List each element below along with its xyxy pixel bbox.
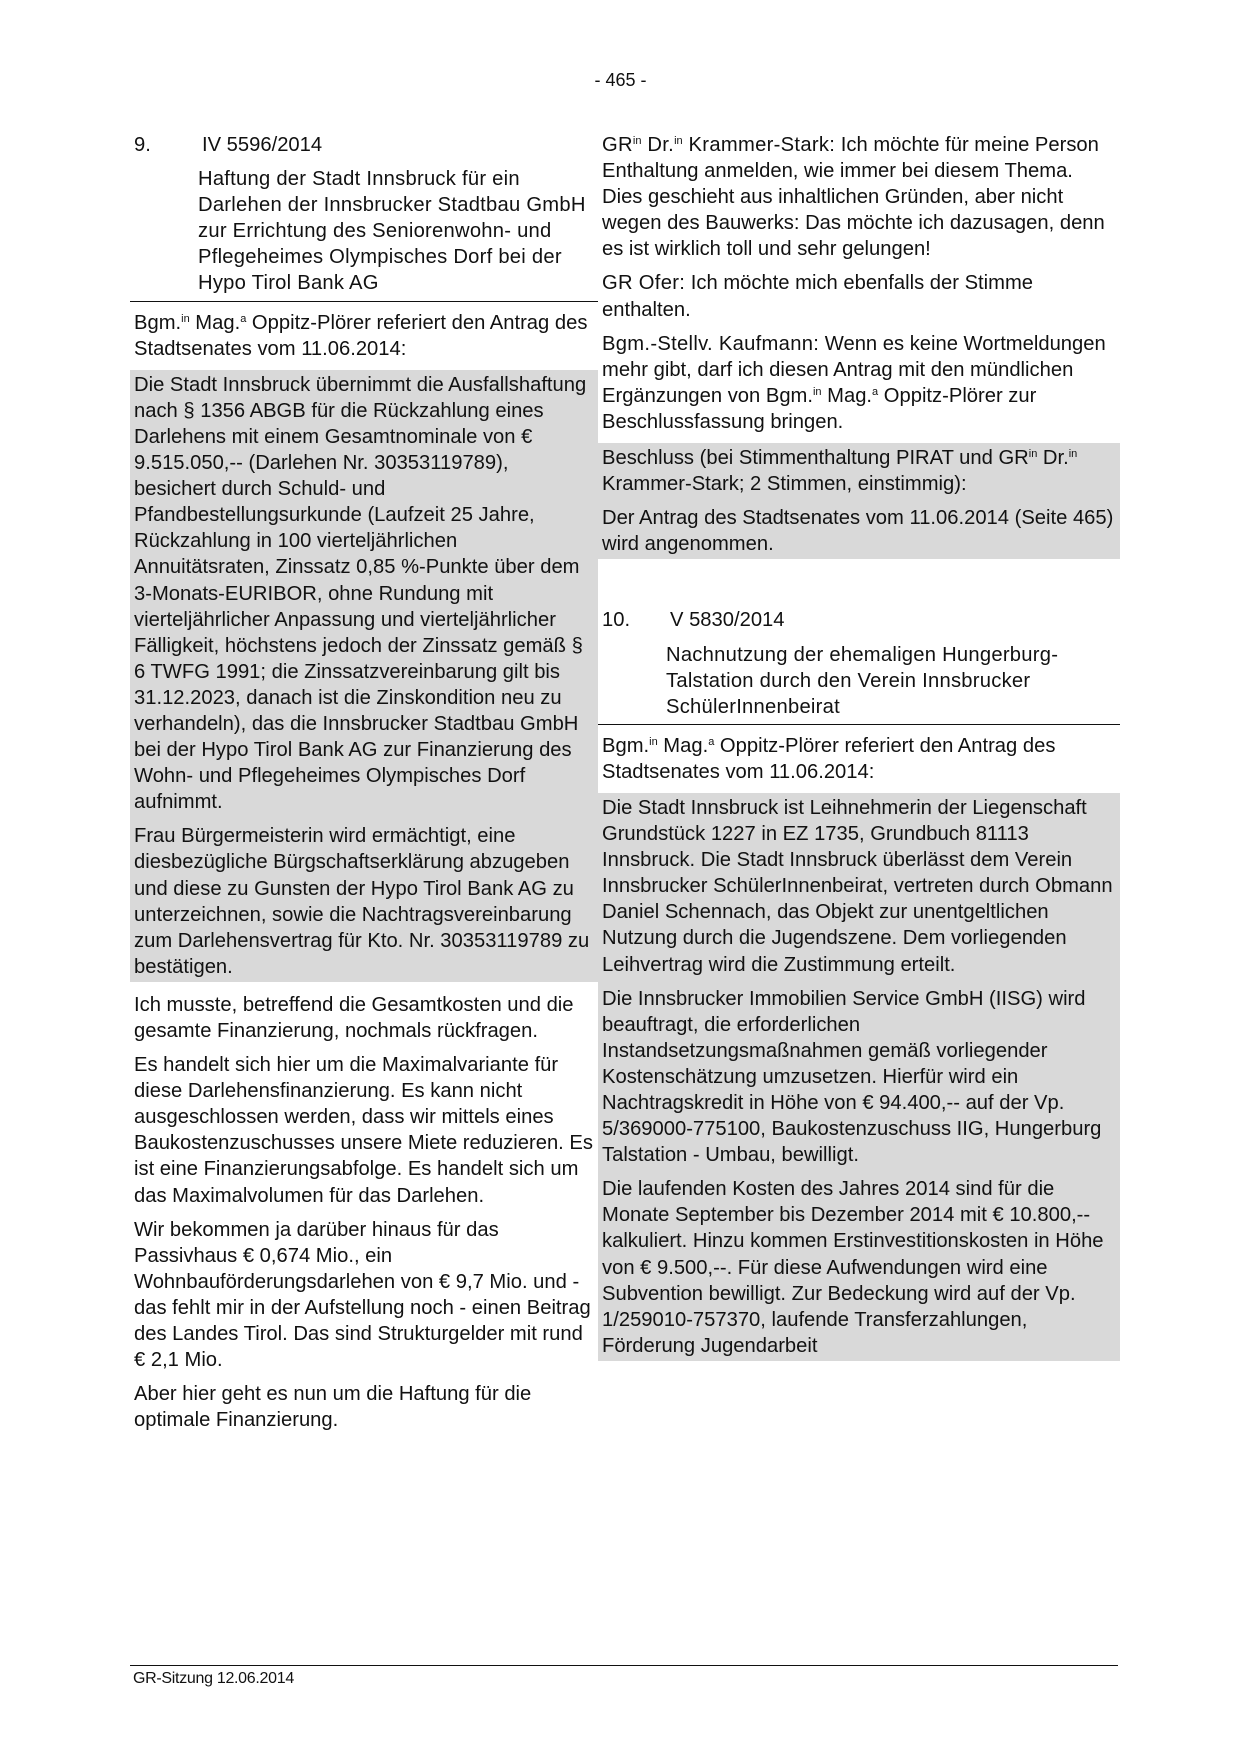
footer-divider <box>130 1665 1118 1666</box>
text: Bgm. <box>134 312 181 334</box>
footer-session-date: GR-Sitzung 12.06.2014 <box>133 1670 294 1688</box>
item-9-header: 9. IV 5596/2014 <box>130 132 598 158</box>
item-10-header: 10. V 5830/2014 <box>598 607 1120 633</box>
motion-block: Die Stadt Innsbruck übernimmt die Ausfal… <box>130 370 598 982</box>
item-title: Haftung der Stadt Innsbruck für ein Darl… <box>130 166 598 298</box>
superscript: in <box>813 386 822 398</box>
resolution-result: Der Antrag des Stadtsenates vom 11.06.20… <box>598 499 1120 559</box>
motion-paragraph: Die Stadt Innsbruck ist Leihnehmerin der… <box>598 793 1120 980</box>
text: Mag. <box>190 312 241 334</box>
speaker: Krammer-Stark: <box>683 134 836 156</box>
statement-text: Mag. <box>822 385 873 407</box>
item-code: IV 5596/2014 <box>202 132 598 158</box>
discussion-paragraph: Es handelt sich hier um die Maximalvaria… <box>130 1052 598 1209</box>
superscript: in <box>674 135 683 147</box>
page-number: - 465 - <box>0 70 1241 91</box>
divider <box>130 301 598 302</box>
text: Beschluss (bei Stimmenthaltung PIRAT und… <box>602 447 1029 469</box>
item-code: V 5830/2014 <box>670 607 1120 633</box>
superscript: in <box>1069 448 1078 460</box>
statement-ofer: GR Ofer: Ich möchte mich ebenfalls der S… <box>598 270 1120 322</box>
text: Dr. <box>1037 447 1068 469</box>
speaker: GR <box>602 134 633 156</box>
discussion-paragraph: Aber hier geht es nun um die Haftung für… <box>130 1381 598 1433</box>
statement-kaufmann: Bgm.-Stellv. Kaufmann: Wenn es keine Wor… <box>598 331 1120 435</box>
discussion-paragraph: Ich musste, betreffend die Gesamtkosten … <box>130 992 598 1044</box>
resolution-block: Beschluss (bei Stimmenthaltung PIRAT und… <box>598 443 1120 559</box>
text: Mag. <box>658 735 709 757</box>
discussion-paragraph: Wir bekommen ja darüber hinaus für das P… <box>130 1217 598 1374</box>
item-title: Nachnutzung der ehemaligen Hungerburg-Ta… <box>598 642 1120 722</box>
superscript: in <box>649 736 658 748</box>
superscript: in <box>181 313 190 325</box>
text: Krammer-Stark; 2 Stimmen, einstimmig): <box>602 473 967 495</box>
motion-block: Die Stadt Innsbruck ist Leihnehmerin der… <box>598 793 1120 1361</box>
item-number: 9. <box>130 132 202 158</box>
speaker: Bgm.-Stellv. Kaufmann: <box>602 333 819 355</box>
motion-paragraph: Die Stadt Innsbruck übernimmt die Ausfal… <box>130 370 598 818</box>
text: Bgm. <box>602 735 649 757</box>
spacer <box>598 569 1120 607</box>
intro-paragraph: Bgm.in Mag.a Oppitz-Plörer referiert den… <box>598 733 1120 785</box>
motion-paragraph: Die Innsbrucker Immobilien Service GmbH … <box>598 980 1120 1171</box>
item-number: 10. <box>598 607 670 633</box>
speaker: Dr. <box>641 134 674 156</box>
speaker: GR Ofer: <box>602 272 685 294</box>
right-column: GRin Dr.in Krammer-Stark: Ich möchte für… <box>598 132 1120 1371</box>
resolution-paragraph: Beschluss (bei Stimmenthaltung PIRAT und… <box>598 443 1120 499</box>
statement-text: Ich möchte für meine Person Enthaltung a… <box>602 134 1105 260</box>
intro-paragraph: Bgm.in Mag.a Oppitz-Plörer referiert den… <box>130 310 598 362</box>
left-column: 9. IV 5596/2014 Haftung der Stadt Innsbr… <box>130 132 598 1441</box>
motion-paragraph: Frau Bürgermeisterin wird ermächtigt, ei… <box>130 817 598 982</box>
divider <box>598 724 1120 725</box>
statement-krammer-stark: GRin Dr.in Krammer-Stark: Ich möchte für… <box>598 132 1120 262</box>
motion-paragraph: Die laufenden Kosten des Jahres 2014 sin… <box>598 1170 1120 1361</box>
